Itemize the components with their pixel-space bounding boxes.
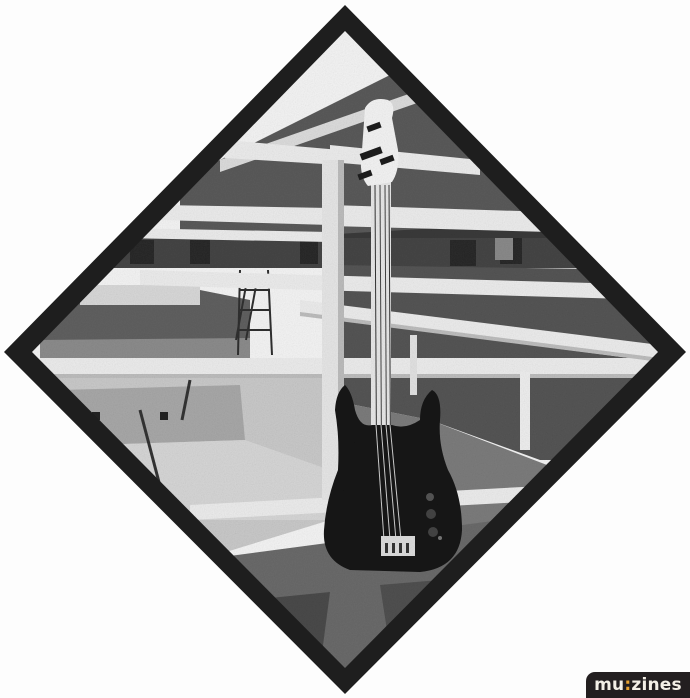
muzines-watermark[interactable]: mu:zines	[586, 672, 690, 698]
watermark-colon: :	[624, 675, 631, 695]
magazine-page: mu:zines	[0, 0, 690, 698]
watermark-text-mu: mu	[594, 675, 624, 695]
photo-content	[0, 0, 690, 698]
diamond-photo	[0, 0, 690, 698]
watermark-text-zines: zines	[631, 675, 681, 695]
